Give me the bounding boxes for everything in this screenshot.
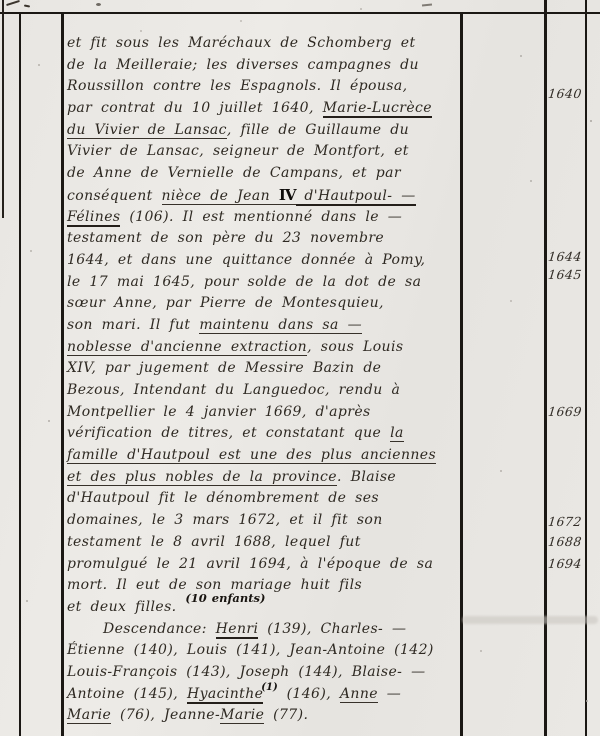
text-segment: Antoine (145), [67, 686, 187, 702]
margin-year: 1640 [545, 86, 585, 101]
text-segment: Marie [67, 707, 111, 724]
scan-artifact [6, 0, 20, 6]
scan-artifact [96, 3, 101, 6]
text-line: son mari. Il fut maintenu dans sa — [67, 315, 459, 337]
text-line: Marie (76), Jeanne-Marie (77). [67, 705, 459, 727]
text-segment: Roussillon contre les Espagnols. Il épou… [67, 78, 407, 94]
text-line: testament de son père du 23 novembre [67, 228, 459, 250]
text-segment: d'Hautpoul- — [296, 188, 416, 206]
left-outer-rule [19, 12, 21, 736]
text-line: et deux filles. (10 enfants) [67, 597, 459, 619]
text-segment: — [378, 686, 401, 702]
text-line: et des plus nobles de la province. Blais… [67, 467, 459, 489]
text-line: sœur Anne, par Pierre de Montesquieu, [67, 293, 459, 315]
scan-artifact [24, 4, 30, 7]
text-segment: de la Meilleraie; les diverses campagnes… [67, 57, 419, 73]
text-segment: Descendance: [103, 621, 216, 637]
text-line: le 17 mai 1645, pour solde de la dot de … [67, 272, 459, 294]
text-line: domaines, le 3 mars 1672, et il fit son [67, 510, 459, 532]
text-line: vérification de titres, et constatant qu… [67, 423, 459, 445]
scan-smudge [462, 616, 598, 624]
text-line: noblesse d'ancienne extraction, sous Lou… [67, 337, 459, 359]
text-segment: 1644, et dans une quittance donnée à Pom… [67, 252, 425, 268]
text-segment: et fit sous les Maréchaux de Schomberg e… [67, 35, 416, 51]
text-segment: (106). Il est mentionné dans le — [120, 209, 402, 225]
text-line: testament le 8 avril 1688, lequel fut [67, 532, 459, 554]
text-segment: (146), [278, 686, 340, 702]
text-line: du Vivier de Lansac, fille de Guillaume … [67, 120, 459, 142]
text-segment: (76), Jeanne- [111, 707, 220, 723]
margin-year: 1688 [545, 534, 585, 549]
text-line: Montpellier le 4 janvier 1669, d'après [67, 402, 459, 424]
text-segment: sœur Anne, par Pierre de Montesquieu, [67, 295, 384, 311]
top-ruled-line [0, 12, 600, 14]
text-segment: Vivier de Lansac, seigneur de Montfort, … [67, 143, 409, 159]
text-line: Vivier de Lansac, seigneur de Montfort, … [67, 141, 459, 163]
text-segment: Félines [67, 209, 120, 227]
text-line: de la Meilleraie; les diverses campagnes… [67, 55, 459, 77]
text-segment: . Blaise [337, 469, 396, 485]
margin-year: 1645 [545, 267, 585, 282]
text-block-right-rule [460, 12, 463, 736]
left-edge-rule [2, 0, 4, 218]
text-segment: famille d'Hautpoul est une des plus anci… [67, 447, 436, 464]
text-line: Félines (106). Il est mentionné dans le … [67, 207, 459, 229]
text-line: Roussillon contre les Espagnols. Il épou… [67, 76, 459, 98]
text-segment: (77). [264, 707, 308, 723]
text-line: promulgué le 21 avril 1694, à l'époque d… [67, 554, 459, 576]
text-line: Bezous, Intendant du Languedoc, rendu à [67, 380, 459, 402]
text-block-left-rule [61, 12, 64, 736]
margin-year: 1644 [545, 249, 585, 264]
text-segment: Henri [216, 621, 259, 639]
text-line: XIV, par jugement de Messire Bazin de [67, 358, 459, 380]
text-segment: Anne [340, 686, 378, 703]
text-segment: Étienne (140), Louis (141), Jean-Antoine… [67, 642, 434, 658]
text-segment: promulgué le 21 avril 1694, à l'époque d… [67, 556, 433, 572]
manuscript-text: et fit sous les Maréchaux de Schomberg e… [67, 33, 459, 727]
text-segment: , sous Louis [307, 339, 403, 355]
text-line: Louis-François (143), Joseph (144), Blai… [67, 662, 459, 684]
text-line: Antoine (145), Hyacinthe(1) (146), Anne … [67, 684, 459, 706]
text-line: d'Hautpoul fit le dénombrement de ses [67, 488, 459, 510]
text-line: Descendance: Henri (139), Charles- — [67, 619, 459, 641]
text-segment: testament le 8 avril 1688, lequel fut [67, 534, 361, 550]
text-segment: XIV, par jugement de Messire Bazin de [67, 360, 381, 376]
text-segment: Hyacinthe [187, 686, 263, 704]
text-segment: IV [279, 186, 296, 205]
text-segment: Louis-François (143), Joseph (144), Blai… [67, 664, 426, 680]
text-line: par contrat du 10 juillet 1640, Marie-Lu… [67, 98, 459, 120]
scan-artifact [422, 3, 432, 6]
text-segment: Marie [220, 707, 264, 724]
text-segment: par contrat du 10 juillet 1640, [67, 100, 323, 116]
text-segment: Marie-Lucrèce [323, 100, 432, 118]
text-segment: la [390, 425, 404, 442]
margin-year-column: 1640 1644 1645 1669 1672 1688 1694 [546, 0, 584, 736]
text-segment: (139), Charles- — [258, 621, 406, 637]
text-line: 1644, et dans une quittance donnée à Pom… [67, 250, 459, 272]
manuscript-page: et fit sous les Maréchaux de Schomberg e… [0, 0, 600, 736]
text-segment: domaines, le 3 mars 1672, et il fit son [67, 512, 383, 528]
margin-year: 1672 [545, 514, 585, 529]
text-line: de Anne de Vernielle de Campans, et par [67, 163, 459, 185]
text-segment: maintenu dans sa — [199, 317, 362, 334]
text-segment: le 17 mai 1645, pour solde de la dot de … [67, 274, 421, 290]
text-segment: testament de son père du 23 novembre [67, 230, 384, 246]
text-segment: conséquent [67, 188, 162, 204]
text-segment: du Vivier de Lansac [67, 122, 227, 139]
text-line: Étienne (140), Louis (141), Jean-Antoine… [67, 640, 459, 662]
margin-year: 1694 [545, 556, 585, 571]
margin-year: 1669 [545, 404, 585, 419]
text-segment: noblesse d'ancienne extraction [67, 339, 307, 356]
text-segment: et deux filles. [67, 599, 185, 615]
text-line: conséquent nièce de Jean IV d'Hautpoul- … [67, 185, 459, 207]
text-segment: son mari. Il fut [67, 317, 199, 333]
inserted-annotation: (10 enfants) [185, 591, 265, 605]
text-segment: Montpellier le 4 janvier 1669, d'après [67, 404, 371, 420]
text-segment: Bezous, Intendant du Languedoc, rendu à [67, 382, 400, 398]
text-segment: , fille de Guillaume du [227, 122, 409, 138]
text-segment: et des plus nobles de la province [67, 469, 337, 486]
text-segment: d'Hautpoul fit le dénombrement de ses [67, 490, 379, 506]
text-segment: vérification de titres, et constatant qu… [67, 425, 390, 441]
text-segment: de Anne de Vernielle de Campans, et par [67, 165, 401, 181]
year-column-right-rule [585, 0, 587, 736]
text-line: famille d'Hautpoul est une des plus anci… [67, 445, 459, 467]
paper-speckles [0, 0, 2, 2]
text-segment: nièce de Jean [162, 188, 279, 205]
text-line: et fit sous les Maréchaux de Schomberg e… [67, 33, 459, 55]
footnote-mark: (1) [261, 682, 277, 693]
